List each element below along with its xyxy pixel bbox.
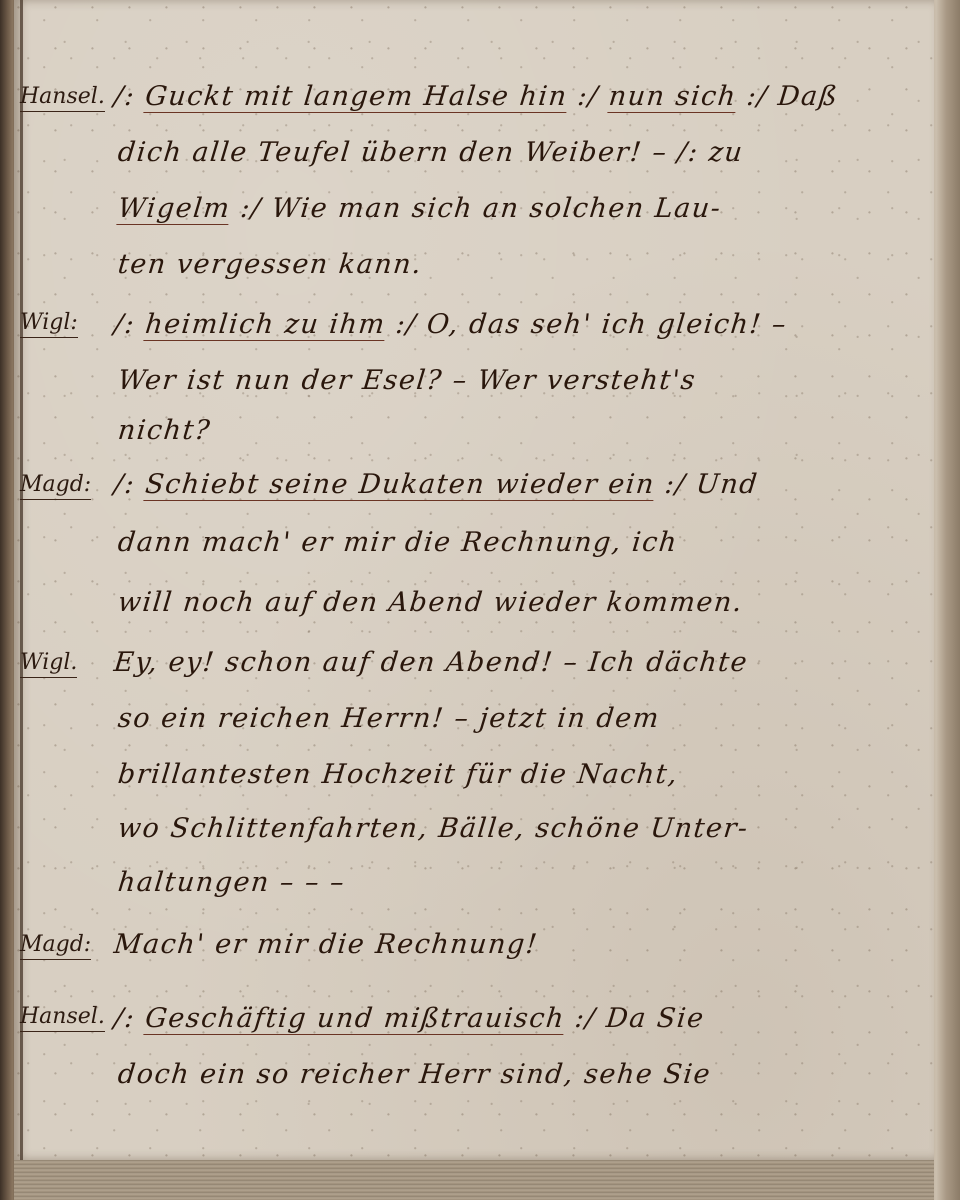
dialogue-line: Wigelm :/ Wie man sich an solchen Lau- [116, 192, 723, 226]
speaker-label: Hansel. [20, 1004, 105, 1032]
dialogue-line: nicht? [116, 414, 212, 448]
stage-direction: Wigelm [116, 193, 232, 225]
dialogue-line: ten vergessen kann. [116, 248, 424, 282]
stage-direction: Geschäftig und mißtrauisch [144, 1003, 567, 1035]
dialogue-line: /: heimlich zu ihm :/ O, das seh' ich gl… [112, 308, 788, 342]
margin-rule [20, 0, 23, 1160]
dialogue-line: dann mach' er mir die Rechnung, ich [116, 526, 679, 560]
dialogue-line: Wer ist nun der Esel? – Wer versteht's [116, 364, 698, 398]
dialogue-line: /: Guckt mit langem Halse hin :/ nun sic… [112, 80, 840, 114]
speaker-label: Magd: [20, 472, 91, 500]
stage-direction: Schiebt seine Dukaten wieder ein [144, 469, 657, 501]
dialogue-line: /: Geschäftig und mißtrauisch :/ Da Sie [112, 1002, 706, 1036]
dialogue-line: wo Schlittenfahrten, Bälle, schöne Unter… [116, 812, 750, 846]
dialogue-line: /: Schiebt seine Dukaten wieder ein :/ U… [112, 468, 760, 502]
speaker-label: Magd: [20, 932, 91, 960]
dialogue-line: doch ein so reicher Herr sind, sehe Sie [116, 1058, 713, 1092]
dialogue-line: dich alle Teufel übern den Weiber! – /: … [116, 136, 745, 170]
dialogue-line: Ey, ey! schon auf den Abend! – Ich dächt… [112, 646, 750, 680]
stage-direction: heimlich zu ihm [144, 309, 388, 341]
dialogue-line: haltungen – – – [116, 866, 347, 900]
manuscript-page: Hansel. /: Guckt mit langem Halse hin :/… [14, 0, 934, 1160]
dialogue-line: will noch auf den Abend wieder kommen. [116, 586, 744, 620]
dialogue-line: brillantesten Hochzeit für die Nacht, [116, 758, 680, 792]
dialogue-line: so ein reichen Herrn! – jetzt in dem [116, 702, 661, 736]
speaker-label: Wigl: [20, 310, 78, 338]
page-edge-bottom [14, 1160, 934, 1200]
dialogue-line: Mach' er mir die Rechnung! [112, 928, 540, 962]
speaker-label: Hansel. [20, 84, 105, 112]
speaker-label: Wigl. [20, 650, 77, 678]
stage-direction: Guckt mit langem Halse hin [144, 81, 570, 113]
stage-direction: nun sich [607, 81, 738, 113]
